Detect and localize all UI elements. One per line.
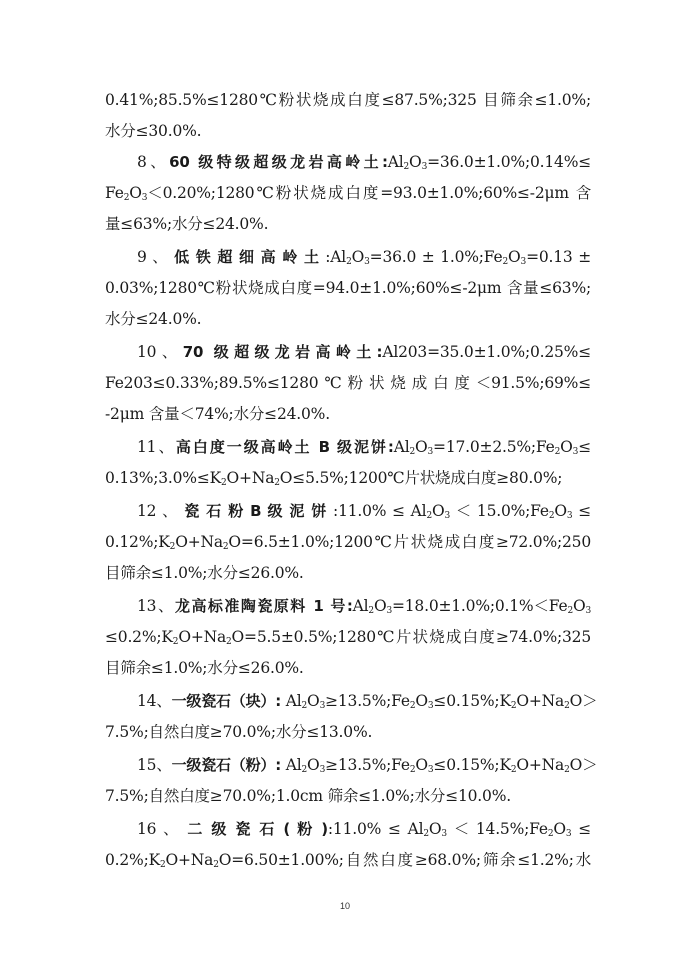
paragraph-line: 0.03%;1280℃粉状烧成白度=94.0±1.0%;60%≤-2μm 含量≤…: [105, 276, 591, 300]
paragraph-line: Fe203≤0.33%;89.5%≤1280℃粉状烧成白度＜91.5%;69%≤: [105, 371, 591, 395]
paragraph-line: 目筛余≤1.0%;水分≤26.0%.: [105, 656, 591, 680]
paragraph-line: 7.5%;自然白度≥70.0%;水分≤13.0%.: [105, 720, 591, 744]
item-title: 低 铁 超 细 高 岭 土: [174, 248, 320, 266]
item-title: 60 级特级超级龙岩高岭土:: [169, 153, 388, 171]
paragraph-first-line: 10、70 级超级龙岩高岭土:Al203=35.0±1.0%;0.25%≤: [137, 340, 591, 364]
item-title: 一级瓷石（块）:: [172, 692, 281, 710]
paragraph-line: 0.12%;K2O+Na2O=6.5±1.0%;1200℃片状烧成白度≥72.0…: [105, 530, 591, 554]
document-page: 0.41%;85.5%≤1280℃粉状烧成白度≤87.5%;325 目筛余≤1.…: [0, 0, 690, 975]
paragraph-line: Fe2O3＜0.20%;1280℃粉状烧成白度=93.0±1.0%;60%≤-2…: [105, 181, 591, 205]
paragraph-line: 0.13%;3.0%≤K2O+Na2O≤5.5%;1200℃片状烧成白度≥80.…: [105, 466, 591, 490]
paragraph-line: 0.41%;85.5%≤1280℃粉状烧成白度≤87.5%;325 目筛余≤1.…: [105, 88, 591, 112]
paragraph-first-line: 16 、 二 级 瓷 石 ( 粉 ):11.0% ≤ Al2O3 ＜ 14.5%…: [137, 817, 591, 841]
item-title: 一级瓷石（粉）:: [172, 756, 281, 774]
paragraph-line: ≤0.2%;K2O+Na2O=5.5±0.5%;1280℃片状烧成白度≥74.0…: [105, 625, 591, 649]
paragraph-line: 水分≤24.0%.: [105, 307, 591, 331]
paragraph-first-line: 9 、 低 铁 超 细 高 岭 土 :Al2O3=36.0 ± 1.0%;Fe2…: [137, 245, 591, 269]
item-title: 瓷 石 粉 B 级 泥 饼: [184, 502, 327, 520]
paragraph-line: 水分≤30.0%.: [105, 119, 591, 143]
paragraph-line: 目筛余≤1.0%;水分≤26.0%.: [105, 561, 591, 585]
paragraph-line: 0.2%;K2O+Na2O=6.50±1.00%;自然白度≥68.0%;筛余≤1…: [105, 848, 591, 872]
paragraph-first-line: 14、一级瓷石（块）: Al2O3≥13.5%;Fe2O3≤0.15%;K2O+…: [137, 689, 591, 713]
paragraph-first-line: 13、龙高标准陶瓷原料 1 号:Al2O3=18.0±1.0%;0.1%＜Fe2…: [137, 594, 591, 618]
paragraph-first-line: 12 、 瓷 石 粉 B 级 泥 饼 :11.0% ≤ Al2O3 ＜ 15.0…: [137, 499, 591, 523]
paragraph-line: -2μm 含量＜74%;水分≤24.0%.: [105, 402, 591, 426]
item-title: 二 级 瓷 石 ( 粉 ): [187, 820, 328, 838]
item-title: 高白度一级高岭土 B 级泥饼:: [176, 438, 394, 456]
paragraph-first-line: 8、60 级特级超级龙岩高岭土:Al2O3=36.0±1.0%;0.14%≤: [137, 150, 591, 174]
paragraph-line: 7.5%;自然白度≥70.0%;1.0cm 筛余≤1.0%;水分≤10.0%.: [105, 784, 591, 808]
paragraph-first-line: 11、高白度一级高岭土 B 级泥饼:Al2O3=17.0±2.5%;Fe2O3≤: [137, 435, 591, 459]
paragraph-first-line: 15、一级瓷石（粉）: Al2O3≥13.5%;Fe2O3≤0.15%;K2O+…: [137, 753, 591, 777]
item-title: 70 级超级龙岩高岭土:: [183, 343, 383, 361]
paragraph-line: 量≤63%;水分≤24.0%.: [105, 212, 591, 236]
item-title: 龙高标准陶瓷原料 1 号:: [175, 597, 353, 615]
page-number: 10: [0, 901, 690, 911]
